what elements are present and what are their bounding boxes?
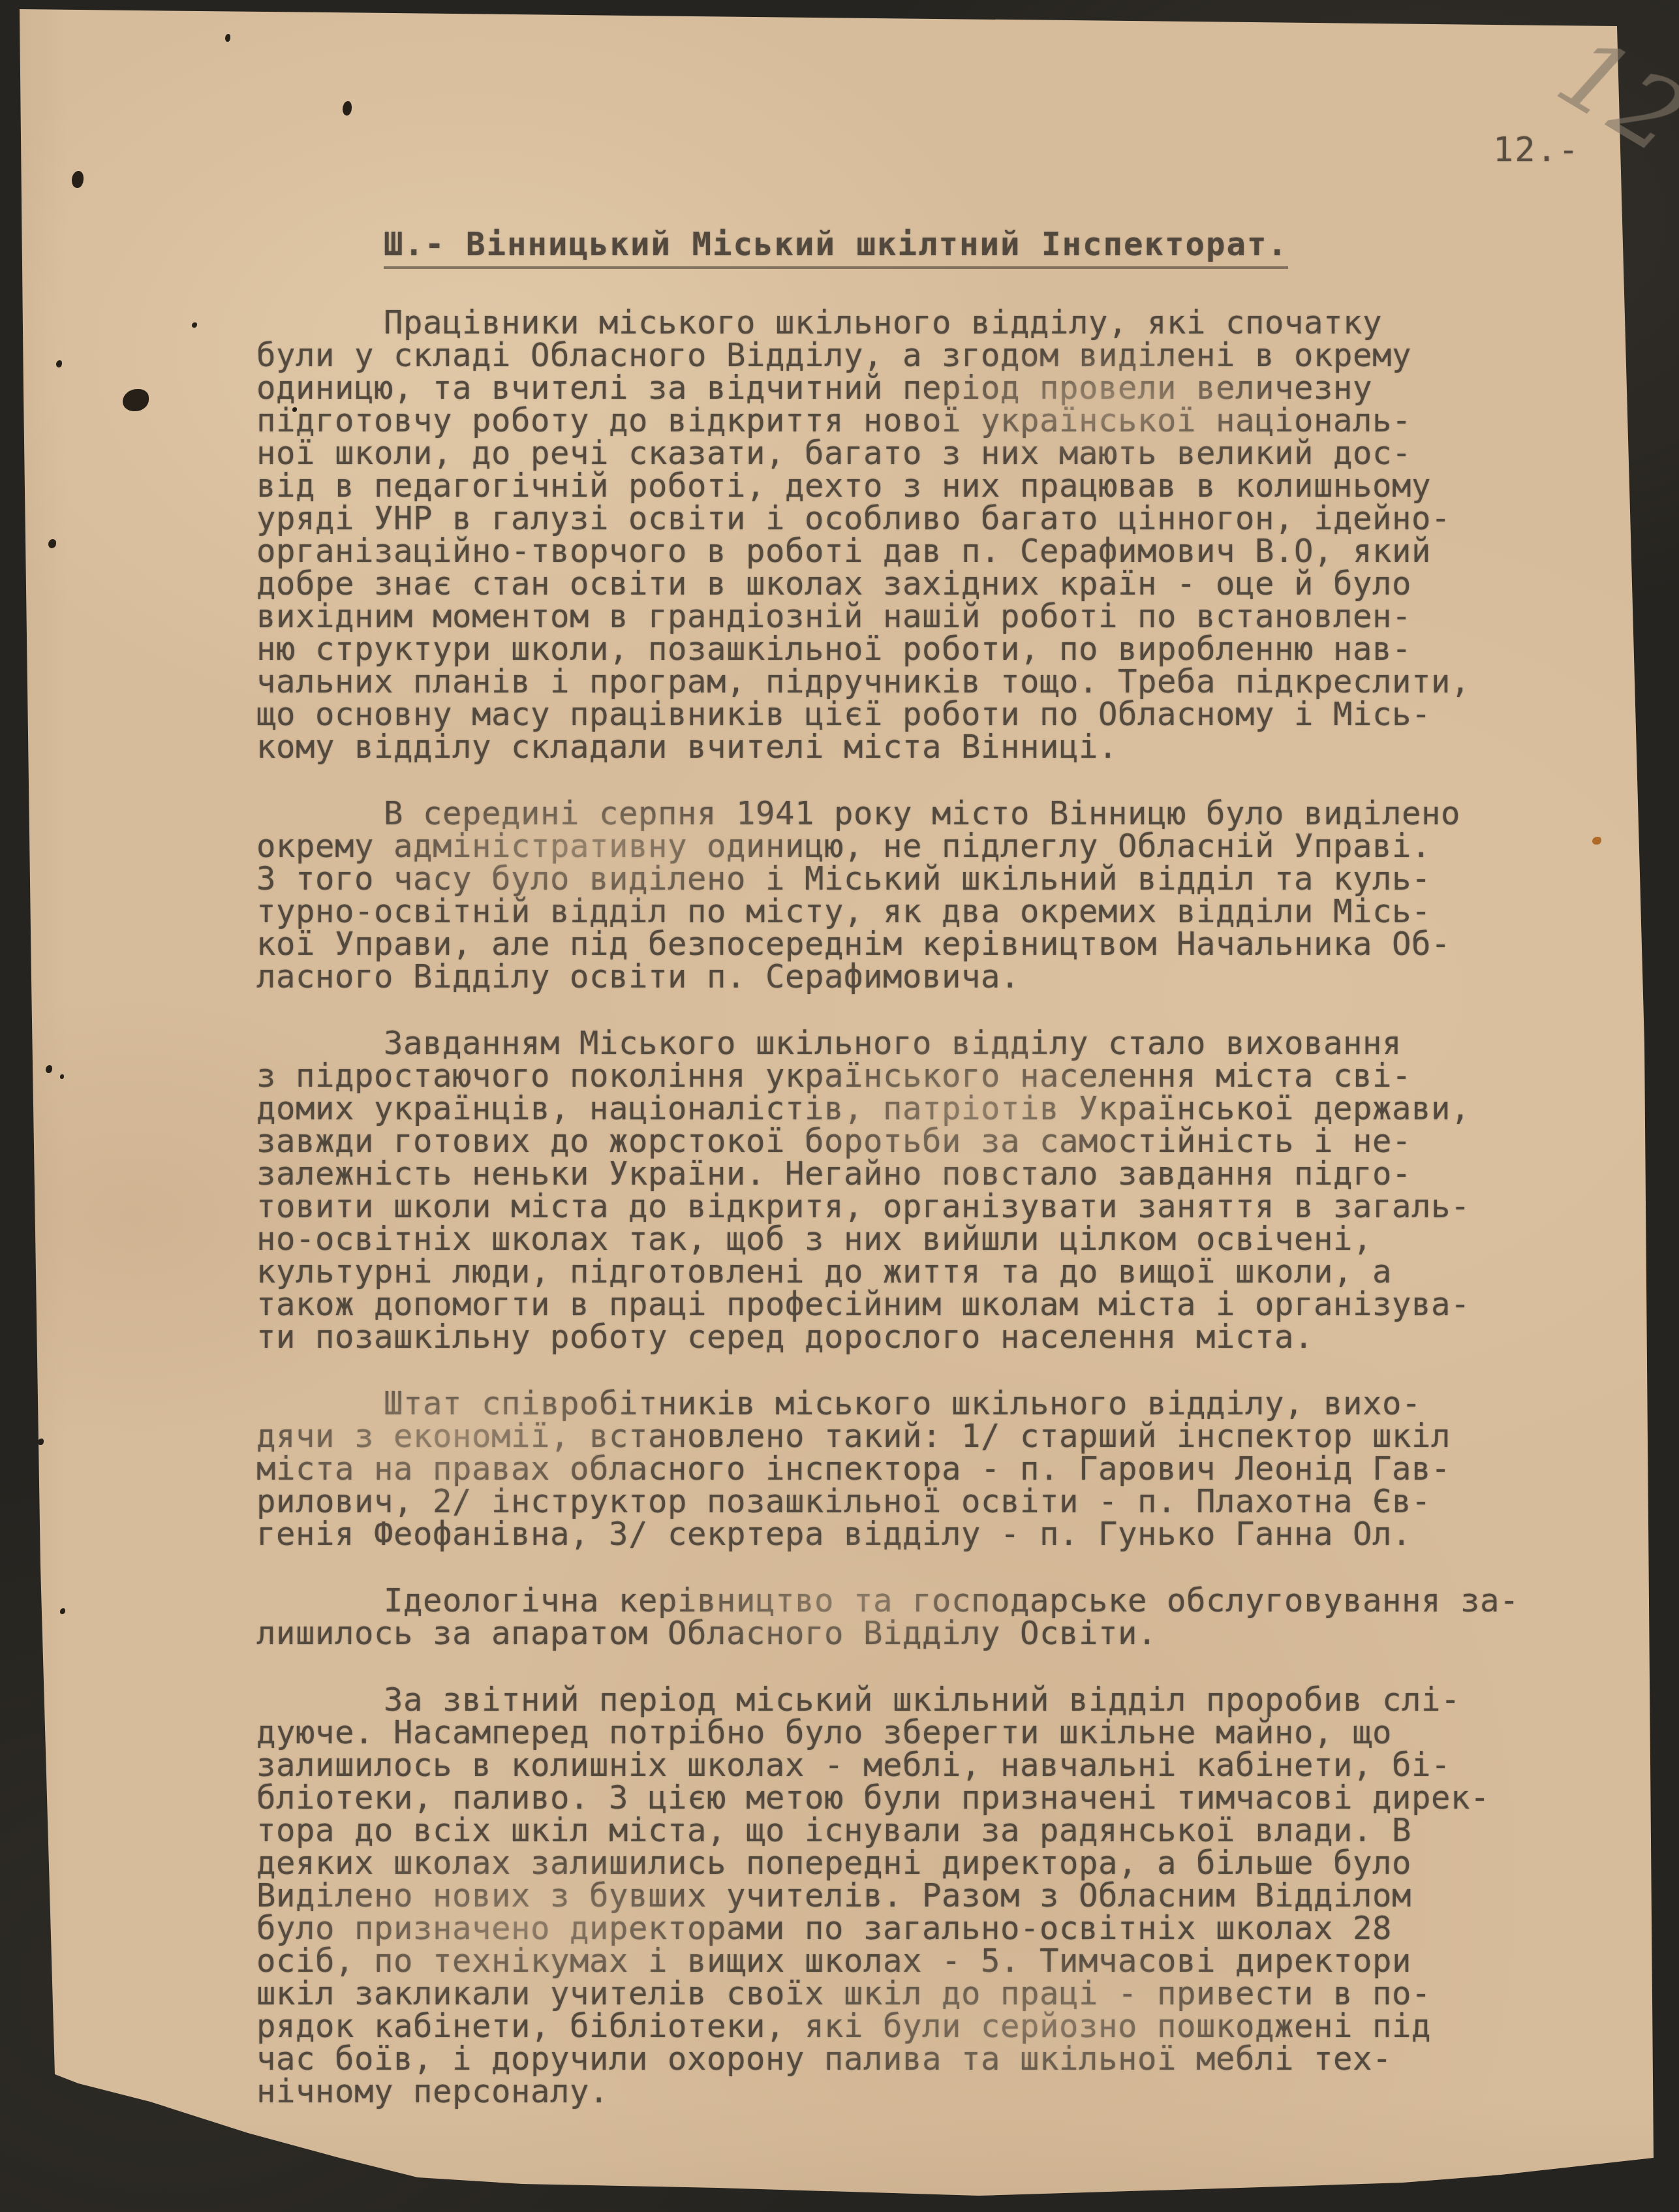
text-line: Працівники міського шкільного відділу, я… (256, 307, 1627, 339)
text-line: турно-освітній відділ по місту, як два о… (256, 896, 1627, 928)
text-line: культурні люди, підготовлені до життя та… (256, 1256, 1627, 1288)
paragraph: За звітний період міський шкільний відді… (256, 1684, 1627, 2108)
paragraph: Ідеологічна керівництво та господарське … (256, 1585, 1627, 1650)
text-line: лишилось за апаратом Обласного Відділу О… (256, 1617, 1627, 1650)
text-line: одиницю, та вчителі за відчитний період … (256, 372, 1627, 405)
text-line: добре знає стан освіти в школах західних… (256, 568, 1627, 600)
text-line: товити школи міста до відкритя, організу… (256, 1191, 1627, 1223)
text-line: но-освітніх школах так, щоб з них вийшли… (256, 1223, 1627, 1256)
document-text: Ш.- Вінницький Міський шкілтний Інспекто… (256, 228, 1627, 2142)
text-line: ласного Відділу освіти п. Серафимовича. (256, 961, 1627, 993)
typed-page-number: 12.- (1493, 131, 1580, 170)
text-line: В середині серпня 1941 року місто Вінниц… (256, 798, 1627, 830)
text-line: підготовчу роботу до відкриття нової укр… (256, 405, 1627, 437)
text-line: тора до всіх шкіл міста, що існували за … (256, 1815, 1627, 1847)
ink-speck (192, 322, 197, 328)
text-line: час боїв, і доручили охорону палива та ш… (256, 2043, 1627, 2076)
paragraph: Працівники міського шкільного відділу, я… (256, 307, 1627, 764)
document-paragraphs: Працівники міського шкільного відділу, я… (256, 307, 1627, 2108)
text-line: також допомогти в праці професійним школ… (256, 1288, 1627, 1321)
text-line: рилович, 2/ інструктор позашкільної осві… (256, 1486, 1627, 1518)
ink-speck (225, 34, 230, 42)
text-line: від в педагогічній роботі, дехто з них п… (256, 470, 1627, 503)
text-line: були у складі Обласного Відділу, а згодо… (256, 339, 1627, 372)
ink-speck (72, 171, 84, 188)
text-line: Завданням Міського шкільного відділу ста… (256, 1027, 1627, 1060)
text-line: залишилось в колишніх школах - меблі, на… (256, 1749, 1627, 1782)
text-line: окрему адміністративну одиницю, не підле… (256, 830, 1627, 863)
text-line: дуюче. Насамперед потрібно було зберегти… (256, 1717, 1627, 1749)
text-line: залежність неньки України. Негайно повст… (256, 1158, 1627, 1191)
paper-hole (123, 389, 149, 411)
text-line: Виділено нових з бувших учителів. Разом … (256, 1880, 1627, 1912)
ink-speck (48, 539, 56, 548)
text-line: що основну масу працівників цієї роботи … (256, 698, 1627, 731)
text-line: вихідним моментом в грандіозній нашій ро… (256, 600, 1627, 633)
text-line: домих українців, націоналістів, патріоті… (256, 1093, 1627, 1125)
paragraph: Завданням Міського шкільного відділу ста… (256, 1027, 1627, 1354)
text-line: Ідеологічна керівництво та господарське … (256, 1585, 1627, 1617)
text-line: нічному персоналу. (256, 2076, 1627, 2108)
text-line: ню структури школи, позашкільної роботи,… (256, 633, 1627, 666)
text-line: генія Феофанівна, 3/ секртера відділу - … (256, 1518, 1627, 1551)
document-title: Ш.- Вінницький Міський шкілтний Інспекто… (384, 228, 1288, 269)
ink-speck (343, 101, 352, 116)
text-line: уряді УНР в галузі освіти і особливо баг… (256, 503, 1627, 535)
text-line: чальних планів і програм, підручників то… (256, 666, 1627, 698)
text-line: ної школи, до речі сказати, багато з них… (256, 437, 1627, 470)
text-line: осіб, по технікумах і вищих школах - 5. … (256, 1945, 1627, 1978)
text-line: рядок кабінети, бібліотеки, які були сер… (256, 2010, 1627, 2043)
text-line: деяких школах залишились попередні дирек… (256, 1847, 1627, 1880)
text-line: бліотеки, паливо. З цією метою були приз… (256, 1782, 1627, 1815)
ink-speck (60, 1608, 65, 1614)
ink-speck (38, 1439, 44, 1445)
text-line: З того часу було виділено і Міський шкіл… (256, 863, 1627, 896)
text-line: було призначено директорами по загально-… (256, 1912, 1627, 1945)
text-line: За звітний період міський шкільний відді… (256, 1684, 1627, 1717)
paragraph: В середині серпня 1941 року місто Вінниц… (256, 798, 1627, 993)
ink-speck (56, 360, 62, 367)
document-page: 12.- Ш.- Вінницький Міський шкілтний Інс… (0, 0, 1679, 2212)
text-line: завжди готових до жорстокої боротьби за … (256, 1125, 1627, 1158)
ink-speck (60, 1074, 64, 1079)
text-line: кої Управи, але під безпосереднім керівн… (256, 928, 1627, 961)
text-line: з підростаючого покоління українського н… (256, 1060, 1627, 1093)
text-line: дячи з економії, встановлено такий: 1/ с… (256, 1420, 1627, 1453)
ink-speck (46, 1065, 52, 1073)
text-line: організаційно-творчого в роботі дав п. С… (256, 535, 1627, 568)
text-line: кому відділу складали вчителі міста Вінн… (256, 731, 1627, 764)
text-line: міста на правах обласного інспектора - п… (256, 1453, 1627, 1486)
text-line: Штат співробітників міського шкільного в… (256, 1388, 1627, 1420)
text-line: ти позашкільну роботу серед дорослого на… (256, 1321, 1627, 1354)
text-line: шкіл закликали учителів своїх шкіл до пр… (256, 1978, 1627, 2010)
paragraph: Штат співробітників міського шкільного в… (256, 1388, 1627, 1551)
